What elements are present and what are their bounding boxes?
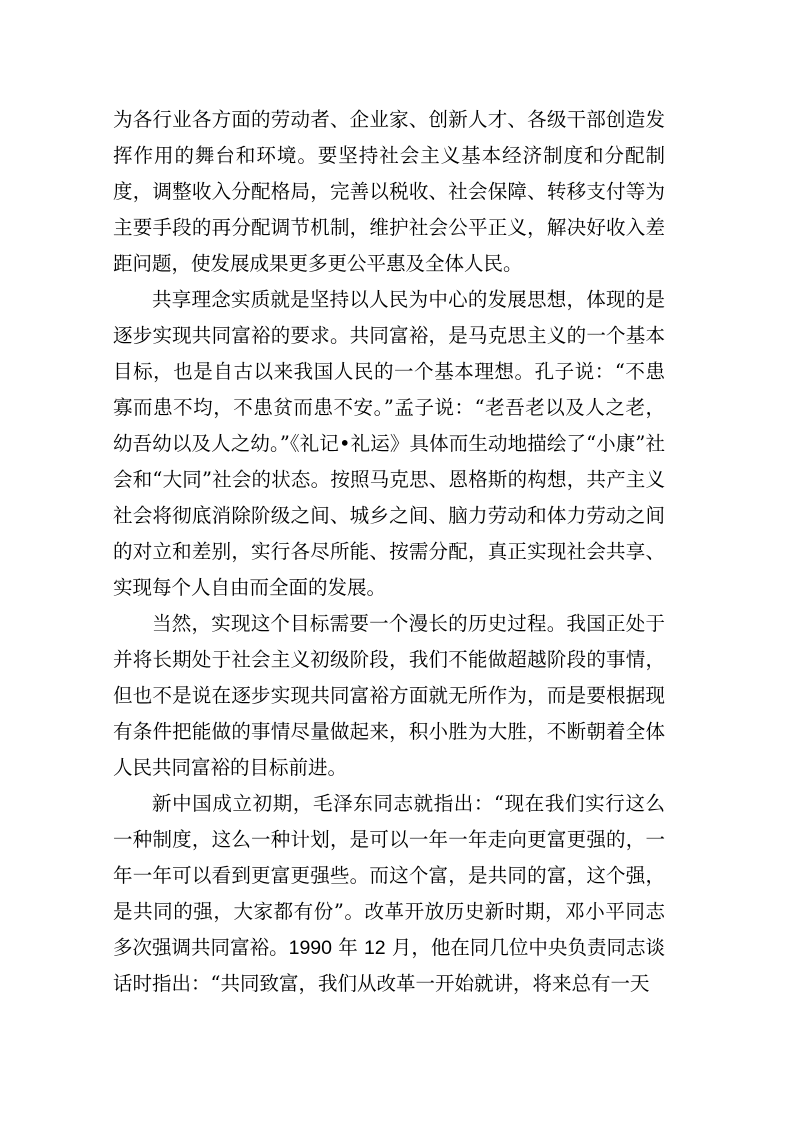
document-page: 为各行业各方面的劳动者、企业家、创新人才、各级干部创造发挥作用的舞台和环境。要坚… [0,0,793,1122]
document-body: 为各行业各方面的劳动者、企业家、创新人才、各级干部创造发挥作用的舞台和环境。要坚… [113,102,665,1002]
text-run: 当然，实现这个目标需要一个漫长的历史过程。我国正处于并将长期处于社会主义初级阶段… [113,612,665,779]
numeric-run: 1990 [289,937,332,959]
text-run: 年 [332,936,364,959]
paragraph-4: 新中国成立初期，毛泽东同志就指出：“现在我们实行这么一种制度，这么一种计划，是可… [113,786,665,1002]
paragraph-2: 共享理念实质就是坚持以人民为中心的发展思想，体现的是逐步实现共同富裕的要求。共同… [113,282,665,606]
paragraph-1: 为各行业各方面的劳动者、企业家、创新人才、各级干部创造发挥作用的舞台和环境。要坚… [113,102,665,282]
paragraph-3: 当然，实现这个目标需要一个漫长的历史过程。我国正处于并将长期处于社会主义初级阶段… [113,606,665,786]
text-run: 新中国成立初期，毛泽东同志就指出：“现在我们实行这么一种制度，这么一种计划，是可… [113,792,665,959]
text-run: 为各行业各方面的劳动者、企业家、创新人才、各级干部创造发挥作用的舞台和环境。要坚… [113,108,665,275]
text-run: 共享理念实质就是坚持以人民为中心的发展思想，体现的是逐步实现共同富裕的要求。共同… [113,288,665,599]
numeric-run: 12 [364,937,386,959]
